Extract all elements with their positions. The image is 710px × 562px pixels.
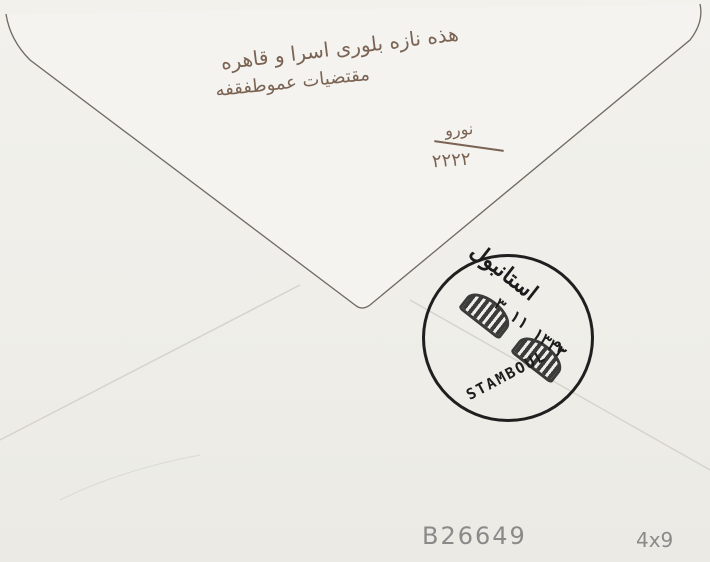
postmark-stamp: استانبول ١٣٣٢ ١١ ٣ STAMBOUL 2 <box>422 254 594 422</box>
pencil-size-note: 4x9 <box>636 528 673 552</box>
handwritten-number: ٢٢٢٢ <box>431 149 471 173</box>
envelope-back: هذه نازه بلوری اسرا و قاهره مقتضیات عموط… <box>0 0 710 562</box>
handwritten-note-top: نورو <box>444 119 473 140</box>
left-fold-line <box>0 285 300 440</box>
crease <box>60 455 200 500</box>
pencil-reference-number: B26649 <box>422 522 527 550</box>
